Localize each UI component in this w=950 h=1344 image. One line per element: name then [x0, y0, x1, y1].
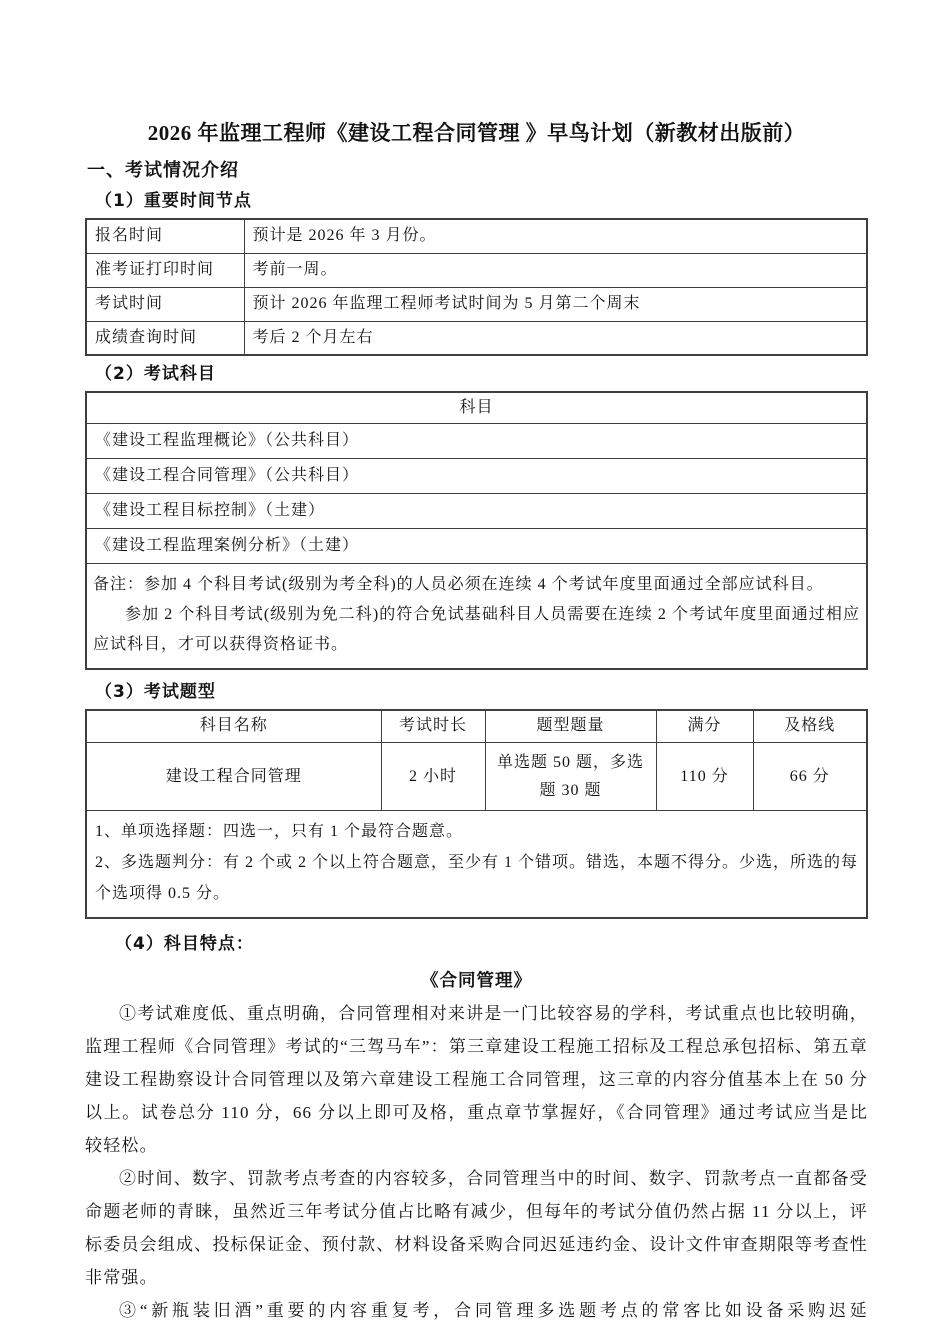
column-header: 科目名称 — [86, 710, 381, 743]
subject-title: 《合同管理》 — [85, 965, 868, 995]
cell-subject: 建设工程合同管理 — [86, 743, 381, 811]
column-header: 题型题量 — [485, 710, 656, 743]
cell-pass-line: 66 分 — [753, 743, 867, 811]
table-note-row: 备注：参加 4 个科目考试(级别为考全科)的人员必须在连续 4 个考试年度里面通… — [86, 563, 867, 669]
subjects-note-line2: 参加 2 个科目考试(级别为免二科)的符合免试基础科目人员需要在连续 2 个考试… — [93, 600, 860, 660]
question-types-table: 科目名称 考试时长 题型题量 满分 及格线 建设工程合同管理 2 小时 单选题 … — [85, 709, 868, 920]
table-row: 《建设工程监理案例分析》（土建） — [86, 528, 867, 563]
timeline-label: 准考证打印时间 — [86, 253, 244, 287]
timeline-value: 预计 2026 年监理工程师考试时间为 5 月第二个周末 — [244, 287, 867, 321]
timeline-value: 预计是 2026 年 3 月份。 — [244, 219, 867, 253]
timeline-value: 考后 2 个月左右 — [244, 321, 867, 355]
cell-duration: 2 小时 — [381, 743, 485, 811]
document-page: 2026 年监理工程师《建设工程合同管理 》早鸟计划（新教材出版前） 一、考试情… — [0, 0, 950, 1327]
column-header: 及格线 — [753, 710, 867, 743]
table-note-row: 1、单项选择题：四选一，只有 1 个最符合题意。 2、多选题判分：有 2 个或 … — [86, 811, 867, 919]
section-heading-exam-intro: 一、考试情况介绍 — [87, 158, 868, 184]
subjects-note-cell: 备注：参加 4 个科目考试(级别为考全科)的人员必须在连续 4 个考试年度里面通… — [86, 563, 867, 669]
question-notes-cell: 1、单项选择题：四选一，只有 1 个最符合题意。 2、多选题判分：有 2 个或 … — [86, 811, 867, 919]
table-row: 建设工程合同管理 2 小时 单选题 50 题，多选题 30 题 110 分 66… — [86, 743, 867, 811]
question-note-1: 1、单项选择题：四选一，只有 1 个最符合题意。 — [95, 816, 858, 847]
subjects-table: 科目 《建设工程监理概论》（公共科目） 《建设工程合同管理》（公共科目） 《建设… — [85, 391, 868, 670]
table-row: 准考证打印时间 考前一周。 — [86, 253, 867, 287]
timeline-value: 考前一周。 — [244, 253, 867, 287]
table-row: 《建设工程监理概论》（公共科目） — [86, 423, 867, 458]
timeline-label: 成绩查询时间 — [86, 321, 244, 355]
timeline-label: 考试时间 — [86, 287, 244, 321]
table-row: 成绩查询时间 考后 2 个月左右 — [86, 321, 867, 355]
table-header-row: 科目名称 考试时长 题型题量 满分 及格线 — [86, 710, 867, 743]
timeline-label: 报名时间 — [86, 219, 244, 253]
table-header-row: 科目 — [86, 392, 867, 423]
feature-paragraph-1: ①考试难度低、重点明确，合同管理相对来讲是一门比较容易的学科，考试重点也比较明确… — [85, 997, 868, 1162]
subheading-subject-features: （4）科目特点： — [115, 932, 868, 957]
cell-full-score: 110 分 — [656, 743, 753, 811]
subjects-header: 科目 — [86, 392, 867, 423]
question-note-2: 2、多选题判分：有 2 个或 2 个以上符合题意，至少有 1 个错项。错选，本题… — [95, 847, 858, 909]
table-row: 考试时间 预计 2026 年监理工程师考试时间为 5 月第二个周末 — [86, 287, 867, 321]
doc-title: 2026 年监理工程师《建设工程合同管理 》早鸟计划（新教材出版前） — [85, 118, 868, 148]
column-header: 满分 — [656, 710, 753, 743]
subject-name: 《建设工程目标控制》（土建） — [86, 493, 867, 528]
subject-name: 《建设工程监理概论》（公共科目） — [86, 423, 867, 458]
subheading-important-dates: （1）重要时间节点 — [95, 189, 868, 214]
subheading-question-types: （3）考试题型 — [95, 680, 868, 705]
cell-question-types: 单选题 50 题，多选题 30 题 — [485, 743, 656, 811]
feature-paragraph-2: ②时间、数字、罚款考点考查的内容较多，合同管理当中的时间、数字、罚款考点一直都备… — [85, 1162, 868, 1294]
subjects-note-line1: 备注：参加 4 个科目考试(级别为考全科)的人员必须在连续 4 个考试年度里面通… — [93, 570, 860, 600]
timeline-table: 报名时间 预计是 2026 年 3 月份。 准考证打印时间 考前一周。 考试时间… — [85, 218, 868, 356]
table-row: 《建设工程合同管理》（公共科目） — [86, 458, 867, 493]
column-header: 考试时长 — [381, 710, 485, 743]
subheading-exam-subjects: （2）考试科目 — [95, 362, 868, 387]
table-row: 《建设工程目标控制》（土建） — [86, 493, 867, 528]
subject-name: 《建设工程合同管理》（公共科目） — [86, 458, 867, 493]
subject-name: 《建设工程监理案例分析》（土建） — [86, 528, 867, 563]
feature-paragraph-3: ③“新瓶装旧酒”重要的内容重复考，合同管理多选题考点的常客比如设备采购迟延 — [85, 1294, 868, 1327]
table-row: 报名时间 预计是 2026 年 3 月份。 — [86, 219, 867, 253]
